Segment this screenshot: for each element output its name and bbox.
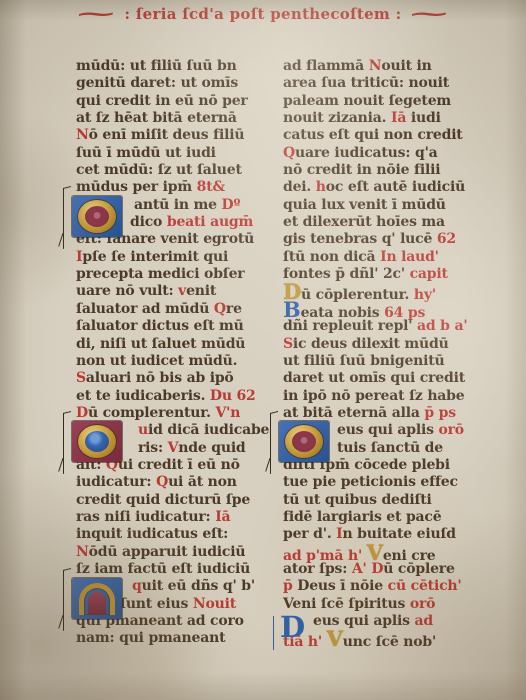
body-text: uit eū dñs q' b'	[142, 578, 255, 594]
body-text: uare iudicatus: q'a	[295, 145, 438, 161]
text-line: catus eſt qui non credit	[283, 127, 508, 144]
flourish-icon: ~	[73, 2, 119, 25]
body-text: n buitate eiuſd	[343, 526, 456, 542]
body-text: enit	[186, 283, 216, 299]
body-text: ſunt eius	[120, 596, 193, 612]
text-line: Saluari nō bis ab ipō	[76, 370, 276, 387]
body-text: iudicatur:	[76, 474, 156, 490]
rubric-text: Q	[214, 301, 226, 317]
body-text: ic deus dilexit mūdū	[293, 336, 449, 352]
text-line: dei. hoc eſt autē iudiciū	[283, 179, 508, 196]
body-text: non ut iudicet mūdū.	[76, 353, 237, 369]
text-line: in ipō nō pereat ſz habe	[283, 388, 508, 405]
rubric-text: N	[76, 544, 89, 560]
text-line: ras niſi iudicatur: Iā	[76, 509, 276, 526]
body-text: precepta medici obſer	[76, 266, 244, 282]
text-line: Sic deus dilexit mūdū	[283, 336, 508, 353]
text-line: eus qui aplis ad	[283, 613, 508, 630]
body-text: antū in me	[134, 197, 222, 213]
illuminated-initial-o	[72, 421, 122, 462]
text-line: genitū daret: ut omīs	[76, 75, 276, 92]
body-text: dei.	[283, 179, 316, 195]
text-line: fidē largiaris et pacē	[283, 509, 508, 526]
text-line: ad flammā Nouit in	[283, 58, 508, 75]
body-text: paleam nouit ſegetem	[283, 93, 451, 109]
text-line: Dū cōplerentur. hy'	[283, 283, 508, 300]
body-text: ui credit ī eū nō	[118, 457, 240, 473]
text-line: tiā h' Vunc ſcē nob'	[283, 630, 508, 647]
rubric-text: h	[316, 179, 326, 195]
body-text: unc ſcē nob'	[343, 634, 436, 650]
body-text: credit quid dicturū ſpe	[76, 492, 250, 508]
gold-arch	[79, 583, 115, 615]
rubric-text: capit	[410, 266, 448, 282]
rubric-text: Iā	[391, 110, 406, 126]
pen-initial-d: D	[280, 612, 305, 642]
text-line: at bitā eternā alla p̄ ps	[283, 405, 508, 422]
text-line: p̄ Deus ī nōie cū cētich'	[283, 578, 508, 595]
body-text: oc eſt autē iudiciū	[326, 179, 465, 195]
text-line: tū ut quibus dediſti	[283, 492, 508, 509]
body-text: di, niſi ut ſaluet mūdū	[76, 336, 245, 352]
body-text: in ipō nō pereat ſz habe	[283, 388, 464, 404]
body-text: dico	[130, 214, 167, 230]
rubric-text: q	[132, 578, 142, 594]
body-text: ut filiū ſuū bnigenitū	[283, 353, 445, 369]
body-text: qui credit in eū nō per	[76, 93, 248, 109]
text-line: mūdus per ipm̄ 8t&	[76, 179, 276, 196]
body-text: daret ut omīs qui credit	[283, 370, 465, 386]
text-line: nam: qui pmaneant	[76, 630, 276, 647]
rubric-text: beati augm̄	[167, 214, 253, 230]
rubric-text: p̄	[283, 578, 297, 594]
rubric-text: In laud'	[380, 249, 439, 265]
body-text: ū cōplere	[383, 561, 454, 577]
text-line: ſaluator ad mūdū Qre	[76, 301, 276, 318]
text-line: Nōdū apparuit iudiciū	[76, 544, 276, 561]
rubric-text: 8t&	[197, 179, 225, 195]
text-line: credit quid dicturū ſpe	[76, 492, 276, 509]
body-text: re	[226, 301, 242, 317]
text-line: ſz iam factū eſt iudiciū	[76, 561, 276, 578]
text-line: Ipſe ſe interimit qui	[76, 249, 276, 266]
illuminated-initial-n	[72, 578, 122, 619]
flourish-icon: ~	[407, 2, 453, 25]
body-text: nouit zizania.	[283, 110, 391, 126]
body-text: aluari nō bis ab ipō	[86, 370, 234, 386]
body-text: quia lux venit ī mūdū	[283, 197, 446, 213]
text-line: fontes p̄ dñl' 2c' capit	[283, 266, 508, 283]
body-text: et dilexerūt hoīes ma	[283, 214, 445, 230]
body-text: fidē largiaris et pacē	[283, 509, 441, 525]
text-line: at ſz hēat bitā eternā	[76, 110, 276, 127]
body-text: ator ſps:	[283, 561, 352, 577]
rubric-text: Q	[283, 145, 295, 161]
body-text: dñi repleuit repl'	[283, 318, 417, 334]
text-line: mūdū: ut filiū ſuū bn	[76, 58, 276, 75]
body-text: genitū daret: ut omīs	[76, 75, 238, 91]
rubric-text: ad b a'	[417, 318, 467, 334]
body-text: nde quid	[178, 440, 245, 456]
body-text: ſuū ī mūdū ut iudi	[76, 145, 216, 161]
rubric-text: S	[76, 370, 86, 386]
body-text: ris:	[138, 440, 168, 456]
body-text: ui āt non	[168, 474, 237, 490]
text-line: tue pie peticionis effec	[283, 474, 508, 491]
body-text: ſz iam factū eſt iudiciū	[76, 561, 250, 577]
rubric-text: V'n	[215, 405, 240, 421]
body-text: at bitā eternā alla	[283, 405, 424, 421]
body-text: pſe ſe interimit qui	[82, 249, 228, 265]
rubric-text: D	[76, 405, 88, 421]
rubric-text: ad	[414, 613, 432, 629]
rubric-text: u	[138, 422, 148, 438]
rubric-text: D	[371, 561, 383, 577]
body-text: V	[327, 626, 343, 651]
body-text: nō credit in nōie filii	[283, 162, 440, 178]
text-line: ſuū ī mūdū ut iudi	[76, 145, 276, 162]
body-text: inquit iudicatus eſt:	[76, 526, 228, 542]
text-line: paleam nouit ſegetem	[283, 93, 508, 110]
rubric-text: Nouit	[193, 596, 236, 612]
body-text: id dicā iudicabe	[148, 422, 269, 438]
text-line: inquit iudicatus eſt:	[76, 526, 276, 543]
body-text: fontes p̄ dñl' 2c'	[283, 266, 410, 282]
page-heading: ~: ſeria ſcd'a poſt penthecoſtem :~	[0, 5, 526, 23]
body-text: catus eſt qui non credit	[283, 127, 463, 143]
manuscript-page: ~: ſeria ſcd'a poſt penthecoſtem :~ mūdū…	[0, 0, 526, 700]
text-line: ad p'mā h' Veni cre	[283, 544, 508, 561]
text-line: qui credit in eū nō per	[76, 93, 276, 110]
body-text: eus qui aplis	[337, 422, 438, 438]
text-line: ut filiū ſuū bnigenitū	[283, 353, 508, 370]
text-column-left: mūdū: ut filiū ſuū bngenitū daret: ut om…	[76, 58, 276, 648]
body-text: mūdus per ipm̄	[76, 179, 197, 195]
rubric-text: Q	[156, 474, 168, 490]
maroon-arch	[88, 592, 106, 615]
rubric-text: A'	[352, 561, 371, 577]
text-line: per d'. In buitate eiuſd	[283, 526, 508, 543]
body-text: ſtū non dicā	[283, 249, 380, 265]
body-text: ad flammā	[283, 58, 369, 74]
rubric-text: N	[369, 58, 382, 74]
text-line: quia lux venit ī mūdū	[283, 197, 508, 214]
illuminated-initial-d	[279, 421, 329, 462]
body-text: et te iudicaberis.	[76, 388, 210, 404]
body-text: ſaluator ad mūdū	[76, 301, 214, 317]
text-line: Quare iudicatus: q'a	[283, 145, 508, 162]
rubric-text: Dº	[222, 197, 241, 213]
body-text: tuis ſanctū de	[337, 440, 443, 456]
text-line: area ſua triticū: nouit	[283, 75, 508, 92]
text-line: uare nō vult: venit	[76, 283, 276, 300]
rubric-text: cū cētich'	[388, 578, 462, 594]
body-text: ras niſi iudicatur:	[76, 509, 215, 525]
illuminated-initial-q	[72, 196, 122, 237]
body-text: mūdū: ut filiū ſuū bn	[76, 58, 237, 74]
text-line: ſaluator dictus eſt mū	[76, 318, 276, 335]
body-text: tū ut quibus dediſti	[283, 492, 432, 508]
rubric-text: S	[283, 336, 293, 352]
body-text: at ſz hēat bitā eternā	[76, 110, 237, 126]
text-line: precepta medici obſer	[76, 266, 276, 283]
body-text: cet mūdū: ſz ut ſaluet	[76, 162, 242, 178]
text-line: ſtū non dicā In laud'	[283, 249, 508, 266]
text-line: et te iudicaberis. Du 62	[76, 388, 276, 405]
text-line: di, niſi ut ſaluet mūdū	[76, 336, 276, 353]
text-line: ator ſps: A' Dū cōplere	[283, 561, 508, 578]
text-line: et dilexerūt hoīes ma	[283, 214, 508, 231]
body-text: tue pie peticionis effec	[283, 474, 458, 490]
text-line: gis tenebras q' lucē 62	[283, 231, 508, 248]
text-line: Dū complerentur. V'n	[76, 405, 276, 422]
rubric-text: Iā	[215, 509, 230, 525]
body-text: Deus ī nōie	[297, 578, 387, 594]
text-line: cet mūdū: ſz ut ſaluet	[76, 162, 276, 179]
text-line: non ut iudicet mūdū.	[76, 353, 276, 370]
body-text: nam: qui pmaneant	[76, 630, 225, 646]
heading-text: : ſeria ſcd'a poſt penthecoſtem :	[125, 5, 402, 23]
body-text: gis tenebras q' lucē	[283, 231, 437, 247]
text-line: iudicatur: Qui āt non	[76, 474, 276, 491]
rubric-text: p̄ ps	[424, 405, 456, 421]
rubric-text: V	[168, 440, 179, 456]
rubric-text: orō	[438, 422, 463, 438]
text-line: nō credit in nōie filii	[283, 162, 508, 179]
text-line: nouit zizania. Iā iudi	[283, 110, 508, 127]
body-text: ū complerentur.	[88, 405, 216, 421]
initial-core	[85, 206, 109, 227]
text-line: daret ut omīs qui credit	[283, 370, 508, 387]
text-column-right: ad flammā Nouit inarea ſua triticū: noui…	[283, 58, 508, 648]
rubric-text: orō	[410, 596, 435, 612]
body-text: ſaluator dictus eſt mū	[76, 318, 244, 334]
rubric-text: 62	[437, 231, 456, 247]
text-line: Veni ſcē ſpiritus orō	[283, 596, 508, 613]
body-text: ōdū apparuit iudiciū	[89, 544, 246, 560]
text-line: dñi repleuit repl' ad b a'	[283, 318, 508, 335]
body-text: uare nō vult:	[76, 283, 178, 299]
body-text: ō enī miſit deus filiū	[89, 127, 245, 143]
body-text: area ſua triticū: nouit	[283, 75, 449, 91]
body-text: ouit in	[381, 58, 431, 74]
body-text: iudi	[406, 110, 440, 126]
text-line: Beata nobis 64 ps	[283, 301, 508, 318]
rubric-text: v	[178, 283, 186, 299]
rubric-text: Du 62	[210, 388, 256, 404]
body-text: per d'.	[283, 526, 336, 542]
text-line: Nō enī miſit deus filiū	[76, 127, 276, 144]
rubric-text: N	[76, 127, 89, 143]
